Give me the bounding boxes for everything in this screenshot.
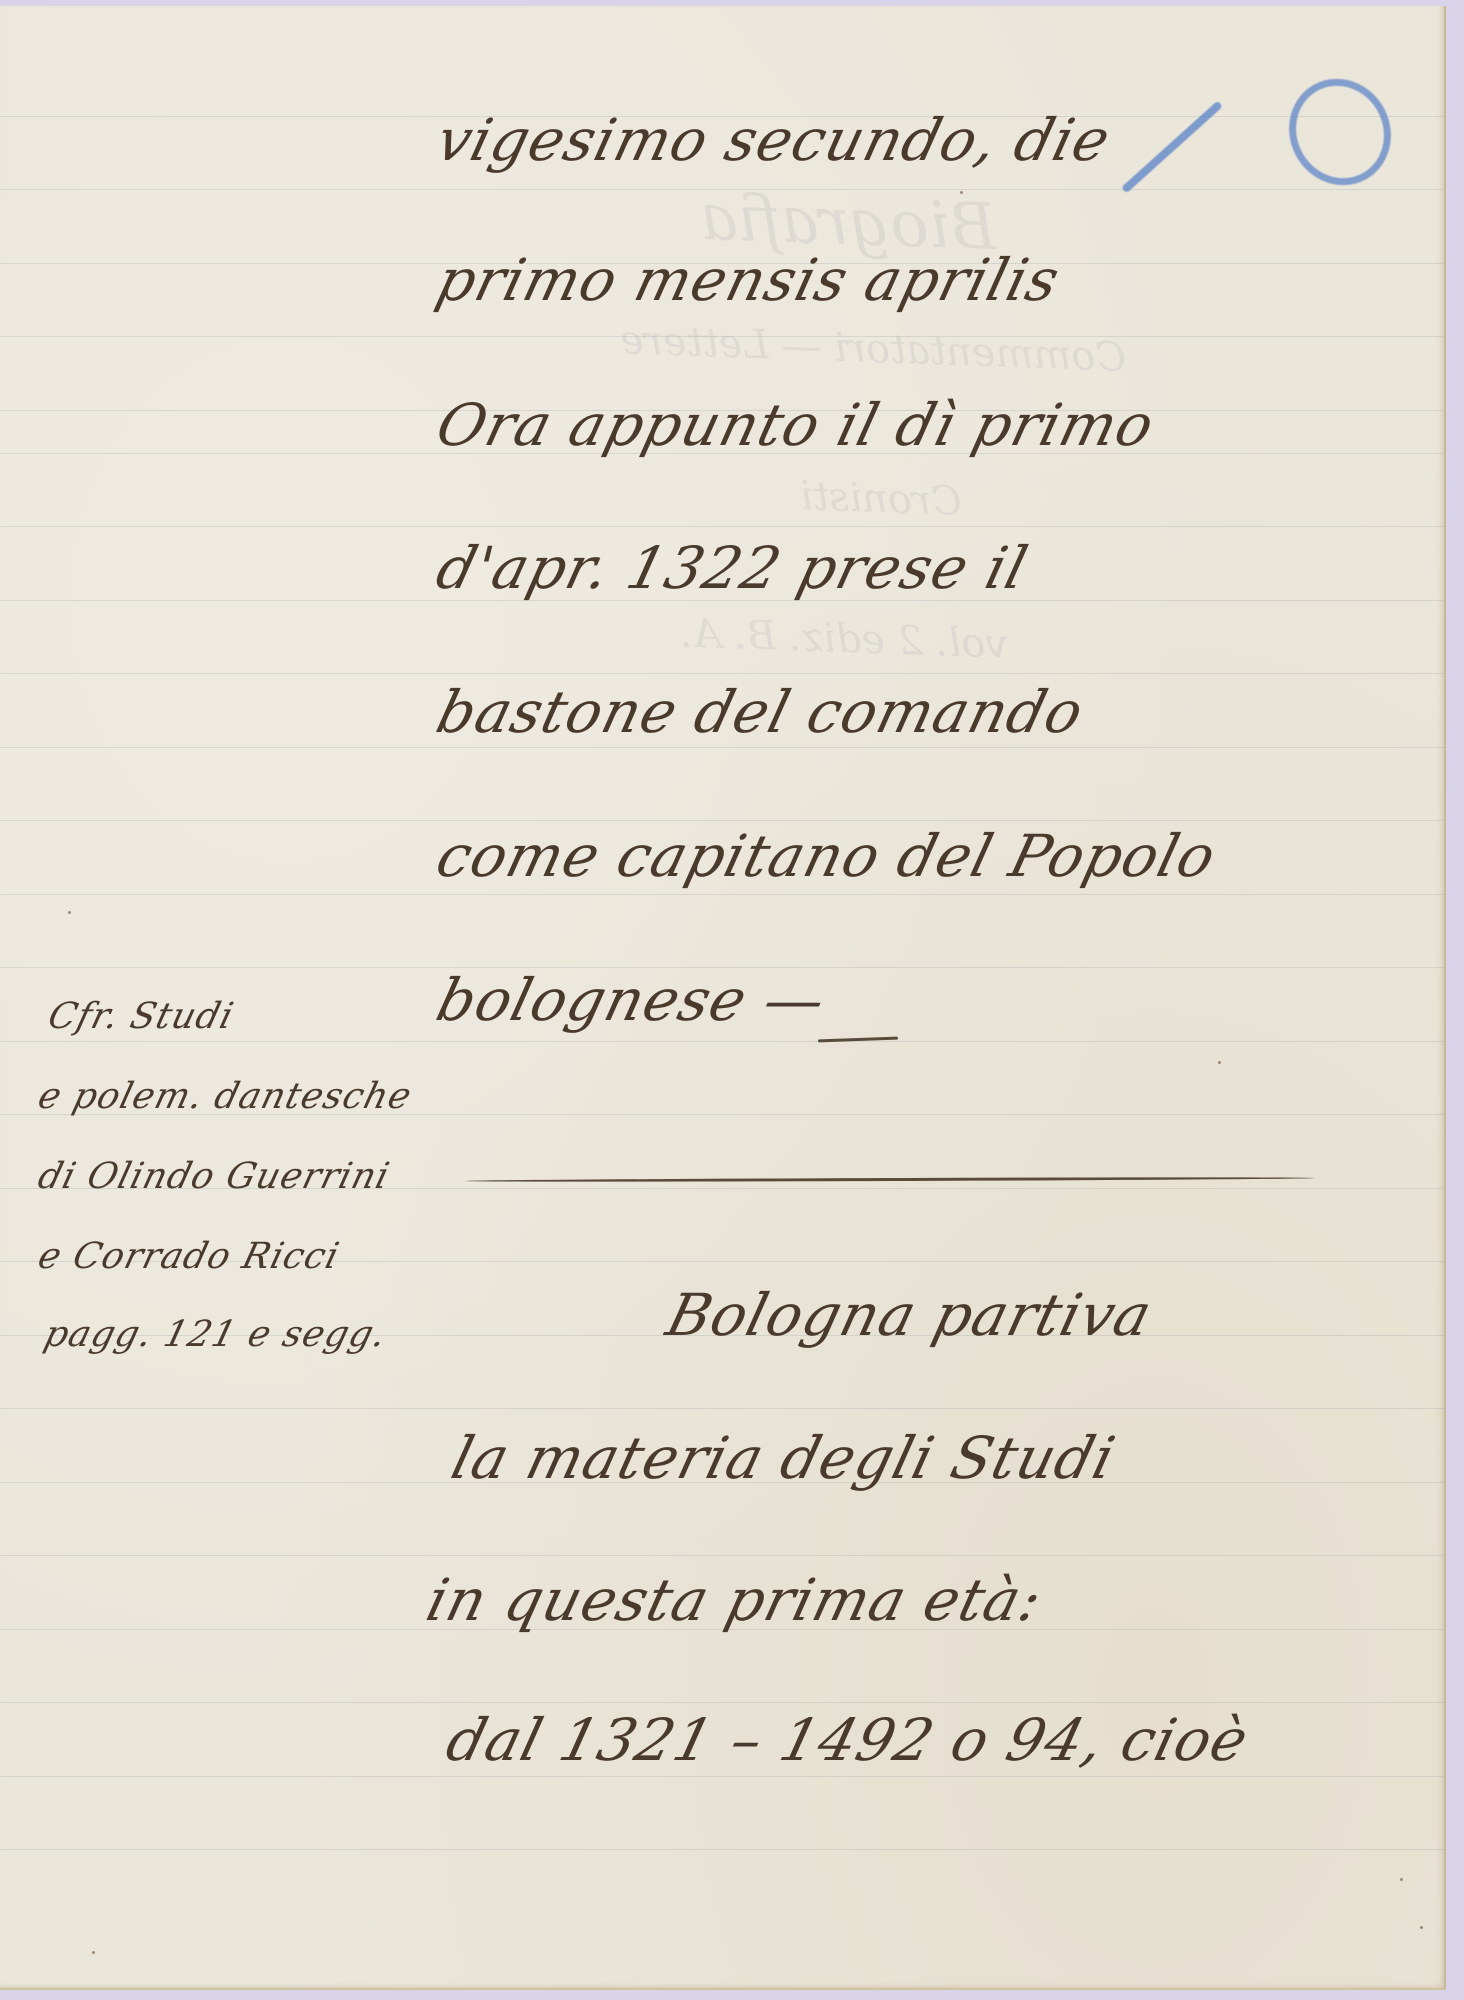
- main-text-line: bolognese —: [430, 966, 833, 1034]
- paper-speck: [1218, 1061, 1221, 1064]
- ruled-line: [0, 1408, 1444, 1409]
- main-text-line: bastone del comando: [430, 678, 1091, 746]
- ruled-line: [0, 1702, 1444, 1703]
- paper-speck: [92, 1951, 95, 1954]
- margin-note-line: e Corrado Ricci: [34, 1236, 344, 1277]
- ruled-line: [0, 1776, 1444, 1777]
- main-text-line: come capitano del Popolo: [430, 822, 1223, 890]
- paper-speck: [960, 191, 963, 194]
- margin-note-line: e polem. dantesche: [34, 1076, 416, 1117]
- main-text-line: d'apr. 1322 prese il: [430, 534, 1035, 602]
- margin-note-line: di Olindo Guerrini: [34, 1156, 394, 1197]
- main-text-line: Bologna partiva: [660, 1281, 1159, 1349]
- separator-rule: [465, 1177, 1315, 1183]
- ruled-line: [0, 526, 1444, 527]
- main-text-line: la materia degli Studi: [445, 1424, 1122, 1492]
- ruled-line: [0, 1849, 1444, 1850]
- paper-speck: [1420, 1926, 1423, 1929]
- ruled-line: [0, 820, 1444, 821]
- manuscript-page: Biografia Commentatori — Lettere Cronist…: [0, 6, 1446, 1990]
- margin-note-line: pagg. 121 e segg.: [40, 1314, 391, 1355]
- paper-speck: [68, 911, 71, 914]
- blue-pencil-slash: [1121, 101, 1223, 194]
- main-text-line: vigesimo secundo, die: [430, 106, 1118, 174]
- ruled-line: [0, 1555, 1444, 1556]
- ruled-line: [0, 747, 1444, 748]
- bleed-through-text: Commentatori — Lettere: [619, 317, 1127, 381]
- bleed-through-text: vol. 2 ediz. B. A.: [679, 610, 1008, 667]
- ruled-line: [0, 894, 1444, 895]
- ruled-line: [0, 1041, 1444, 1042]
- main-text-line: dal 1321 – 1492 o 94, cioè: [440, 1706, 1255, 1774]
- blue-pencil-circle: [1271, 61, 1410, 203]
- bleed-through-text: Cronisti: [799, 473, 962, 525]
- margin-note-line: Cfr. Studi: [44, 996, 238, 1037]
- main-text-line: primo mensis aprilis: [430, 246, 1067, 314]
- paper-speck: [1400, 1878, 1403, 1881]
- main-text-line: in questa prima età:: [420, 1566, 1049, 1634]
- ruled-line: [0, 673, 1444, 674]
- main-text-line: Ora appunto il dì primo: [430, 391, 1161, 459]
